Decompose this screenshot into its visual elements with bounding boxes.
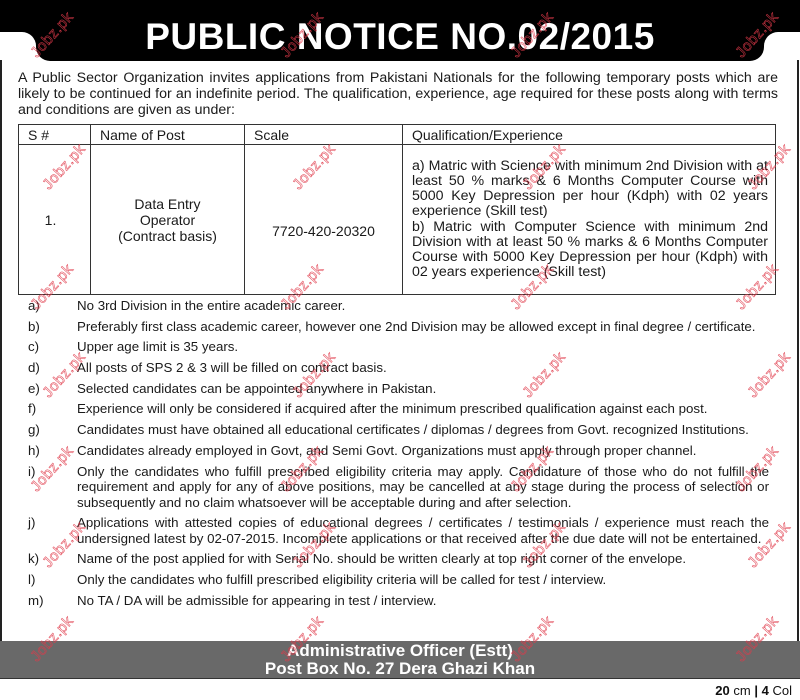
condition-item: k)Name of the post applied for with Seri… [0, 551, 800, 567]
table-row: 1. Data Entry Operator (Contract basis) … [19, 145, 776, 295]
cell-qualification: a) Matric with Science with minimum 2nd … [403, 145, 776, 295]
condition-text: Preferably first class academic career, … [77, 319, 755, 334]
post-basis: (Contract basis) [91, 228, 244, 244]
condition-text: Name of the post applied for with Serial… [77, 551, 686, 566]
title-corner-right [764, 32, 778, 46]
footer-address-block: Administrative Officer (Estt) Post Box N… [0, 641, 800, 679]
condition-item: g)Candidates must have obtained all educ… [0, 422, 800, 438]
cell-scale: 7720-420-20320 [245, 145, 403, 295]
table-header-row: S # Name of Post Scale Qualification/Exp… [19, 125, 776, 145]
posts-table: S # Name of Post Scale Qualification/Exp… [18, 124, 776, 295]
condition-label: h) [28, 443, 40, 459]
condition-item: b)Preferably first class academic career… [0, 319, 800, 335]
intro-paragraph: A Public Sector Organization invites app… [18, 70, 778, 118]
col-header-scale: Scale [245, 125, 403, 145]
condition-label: d) [28, 360, 40, 376]
footer-address: Post Box No. 27 Dera Ghazi Khan [0, 660, 800, 678]
post-name-line: Data Entry [91, 196, 244, 212]
condition-text: Experience will only be considered if ac… [77, 401, 707, 416]
condition-item: m)No TA / DA will be admissible for appe… [0, 593, 800, 609]
ad-size-note: 20 cm | 4 Col [715, 683, 792, 698]
condition-text: Selected candidates can be appointed any… [77, 381, 436, 396]
condition-item: f)Experience will only be considered if … [0, 401, 800, 417]
condition-text: Upper age limit is 35 years. [77, 339, 238, 354]
condition-item: l)Only the candidates who fulfill prescr… [0, 572, 800, 588]
condition-text: All posts of SPS 2 & 3 will be filled on… [77, 360, 387, 375]
condition-text: No 3rd Division in the entire academic c… [77, 298, 345, 313]
size-col-value: 4 [762, 683, 769, 698]
size-cm-value: 20 [715, 683, 729, 698]
title-corner-left [22, 32, 36, 46]
condition-item: h)Candidates already employed in Govt, a… [0, 443, 800, 459]
size-cm-unit: cm [733, 683, 750, 698]
post-name-line: Operator [91, 212, 244, 228]
qualification-option-a: a) Matric with Science with minimum 2nd … [412, 159, 768, 220]
size-col-unit: Col [772, 683, 792, 698]
condition-text: Candidates already employed in Govt, and… [77, 443, 696, 458]
condition-label: l) [28, 572, 35, 588]
col-header-qualification: Qualification/Experience [403, 125, 776, 145]
condition-item: j)Applications with attested copies of e… [0, 515, 800, 546]
condition-label: c) [28, 339, 39, 355]
condition-text: Only the candidates who fulfill prescrib… [77, 464, 769, 510]
footer-officer: Administrative Officer (Estt) [0, 642, 800, 660]
condition-label: e) [28, 381, 40, 397]
condition-text: Candidates must have obtained all educat… [77, 422, 749, 437]
size-separator: | [754, 683, 758, 698]
condition-text: Applications with attested copies of edu… [77, 515, 769, 546]
col-header-name: Name of Post [91, 125, 245, 145]
condition-label: j) [28, 515, 35, 531]
condition-item: d)All posts of SPS 2 & 3 will be filled … [0, 360, 800, 376]
condition-label: a) [28, 298, 40, 314]
condition-label: f) [28, 401, 36, 417]
condition-label: k) [28, 551, 39, 567]
condition-item: c)Upper age limit is 35 years. [0, 339, 800, 355]
condition-label: i) [28, 464, 35, 480]
condition-item: a)No 3rd Division in the entire academic… [0, 298, 800, 314]
condition-text: No TA / DA will be admissible for appear… [77, 593, 436, 608]
page-title: PUBLIC NOTICE NO.02/2015 [36, 15, 764, 59]
condition-label: b) [28, 319, 40, 335]
condition-label: m) [28, 593, 44, 609]
conditions-list: a)No 3rd Division in the entire academic… [0, 298, 800, 613]
condition-item: e)Selected candidates can be appointed a… [0, 381, 800, 397]
condition-label: g) [28, 422, 40, 438]
condition-item: i)Only the candidates who fulfill prescr… [0, 464, 800, 511]
col-header-sn: S # [19, 125, 91, 145]
cell-sn: 1. [19, 145, 91, 295]
condition-text: Only the candidates who fulfill prescrib… [77, 572, 606, 587]
cell-post-name: Data Entry Operator (Contract basis) [91, 145, 245, 295]
qualification-option-b: b) Matric with Computer Science with min… [412, 220, 768, 281]
